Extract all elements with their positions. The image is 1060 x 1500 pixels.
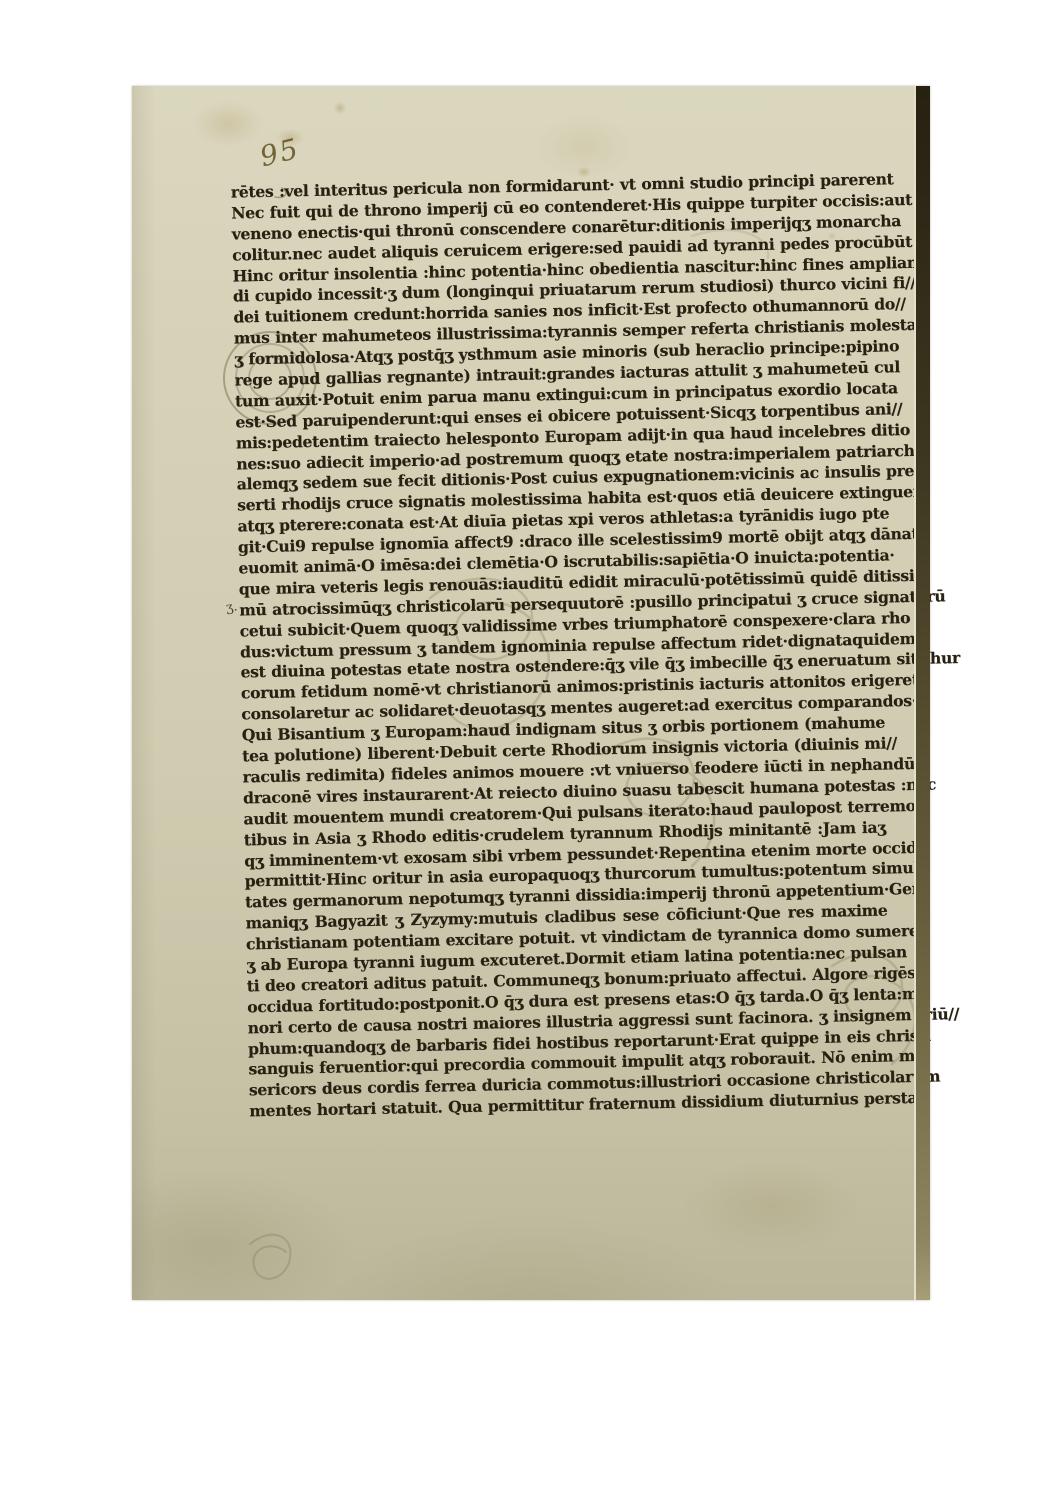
book-page: 95 ʒ. rētes :vel interitus pericula non … <box>132 86 930 1300</box>
folio-number-handwritten: 95 <box>257 132 303 174</box>
text-block: rētes :vel interitus pericula non formid… <box>231 170 892 1123</box>
margin-pen-mark: ʒ. <box>225 599 238 615</box>
pencil-mark-icon <box>250 1235 290 1279</box>
scan-background: 95 ʒ. rētes :vel interitus pericula non … <box>0 0 1060 1500</box>
page-edge-strip <box>914 86 930 1300</box>
